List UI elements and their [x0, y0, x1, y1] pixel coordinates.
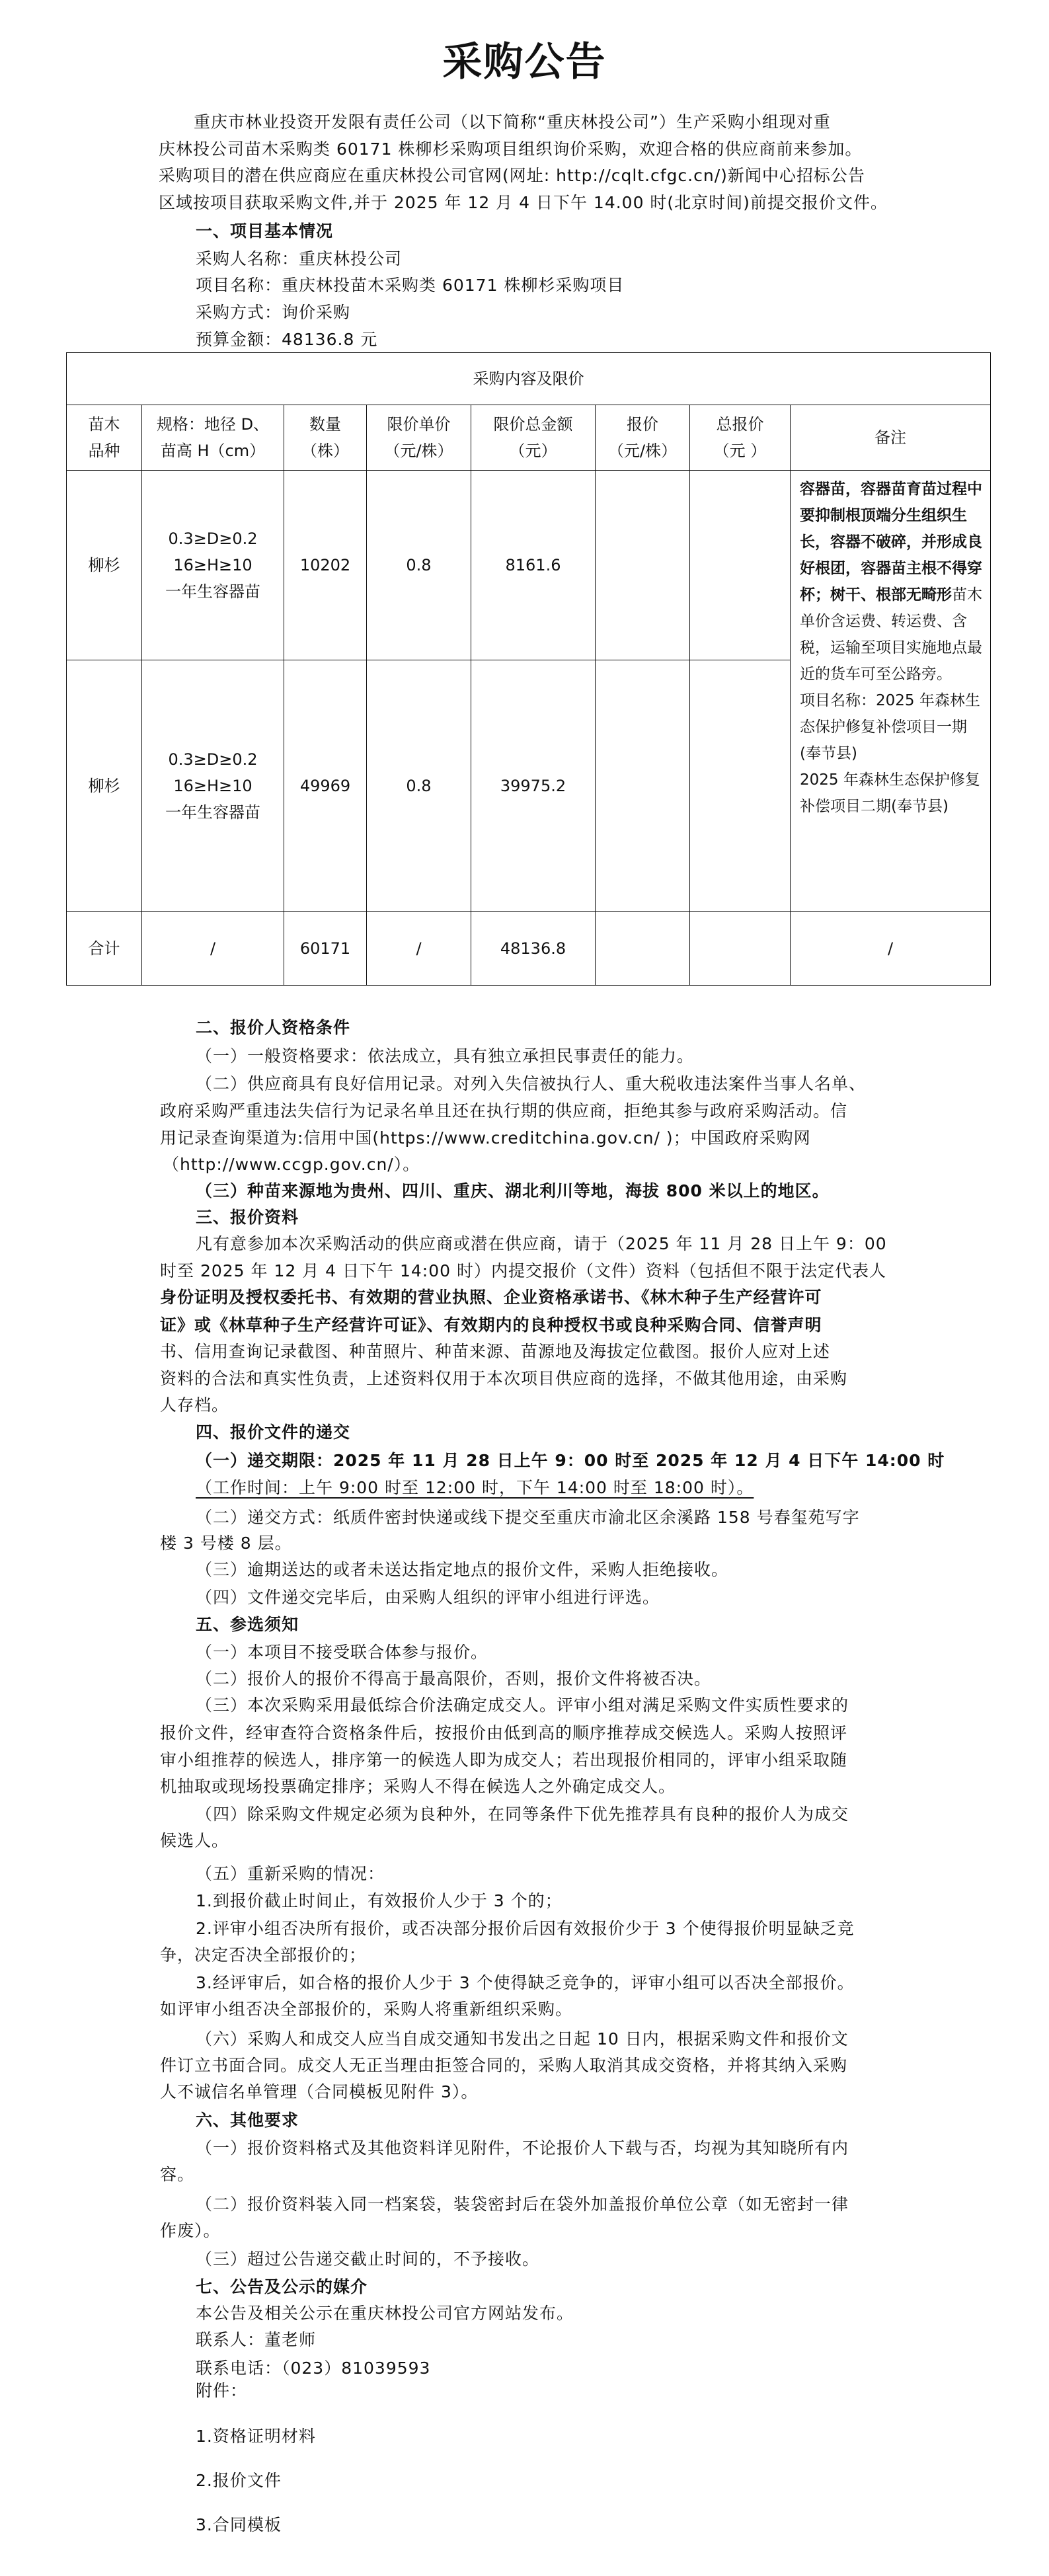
- body-text-line: （一）递交期限：2025 年 11 月 28 日上午 9：00 时至 2025 …: [196, 1451, 945, 1471]
- header-text: （元/株）: [608, 442, 677, 460]
- table-caption-text: 采购内容及限价: [473, 366, 584, 392]
- header-remark: 备注: [790, 405, 991, 471]
- cell-text: /: [416, 935, 421, 962]
- header-total-limit: 限价总金额（元）: [471, 405, 596, 471]
- body-text-line: （二）供应商具有良好信用记录。对列入失信被执行人、重大税收违法案件当事人名单、: [196, 1074, 866, 1094]
- cell-text: 合计: [89, 935, 120, 962]
- page-title: 采购公告: [0, 38, 1049, 86]
- header-text: 数量: [309, 415, 341, 434]
- table-cell-remark: 容器苗，容器苗育苗过程中要抑制根顶端分生组织生长，容器不破碎，并形成良好根团，容…: [790, 470, 991, 912]
- header-text: 苗木: [89, 415, 120, 434]
- body-text-line: 件订立书面合同。成交人无正当理由拒签合同的，采购人取消其成交资格，并将其纳入采购: [160, 2056, 847, 2076]
- body-text-line: 审小组推荐的候选人，排序第一的候选人即为成交人；若出现报价相同的，评审小组采取随: [160, 1750, 847, 1770]
- total-unit-price: /: [366, 911, 471, 986]
- cell-text: 60171: [300, 935, 350, 962]
- cell-text: 柳杉: [89, 552, 120, 578]
- body-text-line: 人存档。: [160, 1395, 229, 1415]
- body-text-line: （一）一般资格要求：依法成立，具有独立承担民事责任的能力。: [196, 1046, 694, 1066]
- body-text-line: 时至 2025 年 12 月 4 日下午 14:00 时）内提交报价（文件）资料…: [160, 1261, 886, 1281]
- cell-text: 48136.8: [500, 935, 566, 962]
- section-heading: 五、参选须知: [196, 1615, 299, 1635]
- body-text-line: （三）逾期送达的或者未送达指定地点的报价文件，采购人拒绝接收。: [196, 1560, 728, 1580]
- cell-text: 10202: [300, 552, 350, 578]
- body-text-line: （五）重新采购的情况：: [196, 1864, 385, 1884]
- body-text-line: （二）报价资料装入同一档案袋，装袋密封后在袋外加盖报价单位公章（如无密封一律: [196, 2195, 849, 2214]
- table-cell-total-limit: 8161.6: [471, 470, 596, 660]
- body-text-line: 人不诚信名单管理（合同模板见附件 3）。: [160, 2082, 478, 2102]
- budget-amount: 预算金额：48136.8 元: [196, 330, 377, 350]
- body-text-line: （三）本次采购采用最低综合价法确定成交人。评审小组对满足采购文件实质性要求的: [196, 1696, 849, 1715]
- cell-text: 16≥H≥10: [173, 777, 252, 795]
- header-quote: 报价（元/株）: [595, 405, 690, 471]
- intro-line: 采购项目的潜在供应商应在重庆林投公司官网(网址: http://cqlt.cfg…: [159, 166, 865, 186]
- body-text-line: 附件：: [196, 2381, 247, 2401]
- body-text-line: （二）报价人的报价不得高于最高限价，否则，报价文件将被否决。: [196, 1669, 711, 1689]
- header-text: （株）: [301, 442, 349, 460]
- body-text-line: （三）种苗来源地为贵州、四川、重庆、湖北利川等地，海拔 800 米以上的地区。: [196, 1181, 830, 1201]
- body-text-line: 本公告及相关公示在重庆林投公司官方网站发布。: [196, 2304, 574, 2323]
- body-text-line: 楼 3 号楼 8 层。: [160, 1534, 292, 1553]
- table-cell-variety: 柳杉: [66, 470, 142, 660]
- remark-project-1: 项目名称：2025 年森林生态保护修复补偿项目一期(奉节县): [800, 692, 980, 762]
- body-text-line: （一）本项目不接受联合体参与报价。: [196, 1643, 488, 1662]
- table-cell-unit-price: 0.8: [366, 470, 471, 660]
- total-limit-amount: 48136.8: [471, 911, 596, 986]
- intro-line: 重庆市林业投资开发限有责任公司（以下简称“重庆林投公司”）生产采购小组现对重: [194, 112, 831, 132]
- intro-line: 庆林投公司苗木采购类 60171 株柳杉采购项目组织询价采购，欢迎合格的供应商前…: [159, 139, 862, 159]
- header-text: 报价: [627, 415, 658, 434]
- body-text-line: 2.报价文件: [196, 2471, 282, 2491]
- body-text-line: 联系电话：（023）81039593: [196, 2359, 430, 2378]
- section-heading: 六、其他要求: [196, 2111, 299, 2130]
- header-text: 苗高 H（cm）: [161, 442, 265, 460]
- body-text-line: （四）除采购文件规定必须为良种外，在同等条件下优先推荐具有良种的报价人为成交: [196, 1805, 849, 1824]
- intro-line: 区域按项目获取采购文件,并于 2025 年 12 月 4 日下午 14.00 时…: [159, 193, 888, 213]
- remark-project-2: 2025 年森林生态保护修复补偿项目二期(奉节县): [800, 771, 980, 815]
- body-text-line: 机抽取或现场投票确定排序；采购人不得在候选人之外确定成交人。: [160, 1777, 676, 1797]
- section-heading: 四、报价文件的递交: [196, 1423, 350, 1442]
- cell-text: 8161.6: [506, 552, 561, 578]
- cell-text: 一年生容器苗: [165, 582, 260, 601]
- header-text: 限价单价: [387, 415, 451, 434]
- body-text-line: 2.评审小组否决所有报价，或否决部分报价后因有效报价少于 3 个使得报价明显缺乏…: [196, 1919, 855, 1939]
- total-quantity: 60171: [284, 911, 367, 986]
- cell-text: /: [888, 935, 893, 962]
- body-text-line: 资料的合法和真实性负责，上述资料仅用于本次项目供应商的选择，不做其他用途，由采购: [160, 1369, 847, 1389]
- table-caption: 采购内容及限价: [66, 352, 991, 405]
- header-quantity: 数量（株）: [284, 405, 367, 471]
- body-text-line: （工作时间：上午 9:00 时至 12:00 时，下午 14:00 时至 18:…: [196, 1478, 754, 1498]
- table-cell-quantity: 10202: [284, 470, 367, 660]
- cell-text: /: [210, 935, 215, 962]
- table-cell-spec: 0.3≥D≥0.216≥H≥10一年生容器苗: [141, 470, 284, 660]
- section-heading: 七、公告及公示的媒介: [196, 2277, 368, 2297]
- header-unit-price-limit: 限价单价（元/株）: [366, 405, 471, 471]
- cell-text: 39975.2: [500, 773, 566, 799]
- table-cell-quote[interactable]: [595, 470, 690, 660]
- body-text-line: 书、信用查询记录截图、种苗照片、种苗来源、苗源地及海拔定位截图。报价人应对上述: [160, 1342, 830, 1362]
- header-text: 总报价: [716, 415, 763, 434]
- section-heading: 三、报价资料: [196, 1208, 299, 1228]
- cell-text: 柳杉: [89, 773, 120, 799]
- total-remark: /: [790, 911, 991, 986]
- body-text-line: 1.资格证明材料: [196, 2427, 316, 2446]
- body-text-line: 凡有意参加本次采购活动的供应商或潜在供应商，请于（2025 年 11 月 28 …: [196, 1234, 887, 1254]
- total-total-quote[interactable]: [689, 911, 791, 986]
- cell-text: 0.8: [406, 552, 431, 578]
- total-quote[interactable]: [595, 911, 690, 986]
- body-text-line: 如评审小组否决全部报价的，采购人将重新组织采购。: [160, 2000, 572, 2019]
- table-cell-quantity: 49969: [284, 660, 367, 912]
- body-text-line: （一）报价资料格式及其他资料详见附件，不论报价人下载与否，均视为其知晓所有内: [196, 2138, 849, 2158]
- table-cell-unit-price: 0.8: [366, 660, 471, 912]
- header-text: 备注: [874, 424, 906, 451]
- body-text-line: 3.合同模板: [196, 2515, 282, 2535]
- header-text: （元 ）: [714, 442, 767, 460]
- body-text-line: （三）超过公告递交截止时间的，不予接收。: [196, 2249, 539, 2269]
- cell-text: 0.3≥D≥0.2: [168, 529, 257, 548]
- table-cell-total-limit: 39975.2: [471, 660, 596, 912]
- body-text-line: 联系人：董老师: [196, 2330, 316, 2350]
- cell-text: 49969: [300, 773, 350, 799]
- table-cell-total-quote[interactable]: [689, 470, 791, 660]
- header-text: 品种: [89, 442, 120, 460]
- body-text-line: （六）采购人和成交人应当自成交通知书发出之日起 10 日内，根据采购文件和报价文: [196, 2029, 849, 2049]
- table-cell-spec: 0.3≥D≥0.216≥H≥10一年生容器苗: [141, 660, 284, 912]
- project-name: 项目名称：重庆林投苗木采购类 60171 株柳杉采购项目: [196, 276, 624, 295]
- body-text-line: 证》或《林草种子生产经营许可证》、有效期内的良种授权书或良种采购合同、信誉声明: [160, 1315, 822, 1335]
- cell-text: 一年生容器苗: [165, 803, 260, 822]
- total-spec: /: [141, 911, 284, 986]
- remark-requirements: 容器苗，容器苗育苗过程中要抑制根顶端分生组织生长，容器不破碎，并形成良好根团，容…: [800, 481, 982, 604]
- body-text-line: 政府采购严重违法失信行为记录名单且还在执行期的供应商，拒绝其参与政府采购活动。信: [160, 1101, 847, 1121]
- header-total-quote: 总报价（元 ）: [689, 405, 791, 471]
- body-text-line: 用记录查询渠道为:信用中国(https://www.creditchina.go…: [160, 1128, 811, 1148]
- cell-text: 0.8: [406, 773, 431, 799]
- body-text-line: 候选人。: [160, 1831, 229, 1851]
- body-text-line: 容。: [160, 2165, 194, 2185]
- header-spec: 规格：地径 D、苗高 H（cm）: [141, 405, 284, 471]
- cell-text: 0.3≥D≥0.2: [168, 750, 257, 769]
- table-cell-quote[interactable]: [595, 660, 690, 912]
- procurement-method: 采购方式：询价采购: [196, 303, 350, 323]
- purchaser-name: 采购人名称：重庆林投公司: [196, 249, 402, 269]
- header-variety: 苗木品种: [66, 405, 142, 471]
- body-text-line: 3.经评审后，如合格的报价人少于 3 个使得缺乏竞争的，评审小组可以否决全部报价…: [196, 1973, 855, 1993]
- body-text-line: （二）递交方式：纸质件密封快递或线下提交至重庆市渝北区余溪路 158 号春玺苑写…: [196, 1508, 860, 1528]
- total-label: 合计: [66, 911, 142, 986]
- header-text: 限价总金额: [494, 415, 573, 434]
- body-text-line: 争，决定否决全部报价的；: [160, 1945, 366, 1965]
- procurement-table: 采购内容及限价 苗木品种 规格：地径 D、苗高 H（cm） 数量（株） 限价单价…: [66, 352, 991, 986]
- cell-text: 16≥H≥10: [173, 556, 252, 574]
- table-cell-total-quote[interactable]: [689, 660, 791, 912]
- section-heading: 二、报价人资格条件: [196, 1018, 350, 1038]
- body-text-line: （http://www.ccgp.gov.cn/）。: [163, 1155, 420, 1175]
- section-heading: 一、项目基本情况: [196, 221, 333, 241]
- body-text-line: （四）文件递交完毕后，由采购人组织的评审小组进行评选。: [196, 1588, 660, 1608]
- header-text: 规格：地径 D、: [157, 415, 269, 434]
- body-text-line: 1.到报价截止时间止，有效报价人少于 3 个的；: [196, 1891, 563, 1911]
- body-text-line: 作废）。: [160, 2221, 221, 2241]
- header-text: （元/株）: [384, 442, 453, 460]
- table-cell-variety: 柳杉: [66, 660, 142, 912]
- header-text: （元）: [510, 442, 557, 460]
- body-text-line: 报价文件，经审查符合资格条件后，按报价由低到高的顺序推荐成交候选人。采购人按照评: [160, 1723, 847, 1743]
- body-text-line: 身份证明及授权委托书、有效期的营业执照、企业资格承诺书、《林木种子生产经营许可: [160, 1288, 822, 1308]
